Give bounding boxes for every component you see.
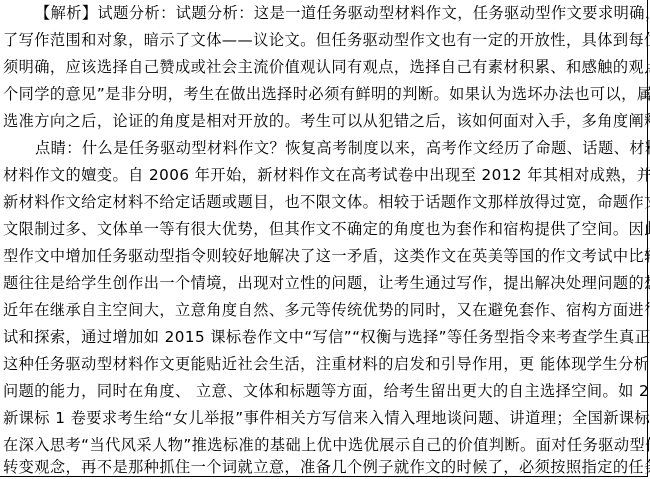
analysis-line-2: 了写作范围和对象，暗示了文体——议论文。但任务驱动型作文也有一定的开放性，具体到…	[3, 27, 650, 54]
commentary-line-7: 近年在继承自主空间大，立意角度自然、多元等传统优势的同时，又在避免套作、宿构方面…	[3, 297, 650, 324]
commentary-line-12: 在深入思考“当代风采人物”推选标准的基础上优中选优展示自己的价值判断。面对任务驱…	[3, 432, 650, 459]
commentary-line-2: 材料作文的嬗变。自 2006 年开始，新材料作文在高考试卷中出现至 2012 年…	[3, 162, 650, 189]
commentary-line-4: 文限制过多、文体单一等有很大优势，但其作文不确定的角度也为套作和宿构提供了空间。…	[3, 216, 650, 243]
analysis-line-5: 选准方向之后，论证的角度是相对开放的。考生可以从犯错之后，该如何面对入手，多角度…	[3, 108, 650, 135]
commentary-line-11: 新课标 1 卷要求考生给“女儿举报”事件相关方写信来入情入理地谈问题、讲道理；全…	[3, 405, 650, 432]
commentary-line-5: 型作文中增加任务驱动型指令则较好地解决了这一矛盾，这类作文在英美等国的作文考试中…	[3, 243, 650, 270]
commentary-line-13: 转变观念，再不是那种抓住一个词就立意，准备几个例子就作文的时候了，必须按照指定的…	[3, 459, 650, 476]
commentary-line-10: 问题的能力，同时在角度、 立意、文体和标题等方面，给考生留出更大的自主选择空间。…	[3, 378, 650, 405]
commentary-line-8: 试和探索，通过增加如 2015 课标卷作文中“写信”“权衡与选择”等任务型指令来…	[3, 324, 650, 351]
commentary-line-3: 新材料作文给定材料不给定话题或题目，也不限文体。相较于话题作文那样放得过宽，命题…	[3, 189, 650, 216]
document-page: 【解析】试题分析：试题分析：这是一道任务驱动型材料作文，任务驱动型作文要求明确，…	[0, 0, 648, 477]
analysis-line-3: 须明确，应该选择自己赞成或社会主流价值观认同有观点，选择自己有素材积累、和感触的…	[3, 54, 650, 81]
commentary-line-6: 题往往是给学生创作出一个情境，出现对立性的问题，让考生通过写作，提出解决处理问题…	[3, 270, 650, 297]
analysis-line-4: 个同学的意见”是非分明，考生在做出选择时必须有鲜明的判断。如果认为选坏办法也可以…	[3, 81, 650, 108]
commentary-line-1: 点睛：什么是任务驱动型材料作文？恢复高考制度以来，高考作文经历了命题、话题、材料…	[35, 135, 650, 162]
commentary-line-9: 这种任务驱动型材料作文更能贴近社会生活，注重材料的启发和引导作用，更 能体现学生…	[3, 351, 650, 378]
analysis-line-1: 【解析】试题分析：试题分析：这是一道任务驱动型材料作文，任务驱动型作文要求明确，…	[35, 0, 650, 27]
